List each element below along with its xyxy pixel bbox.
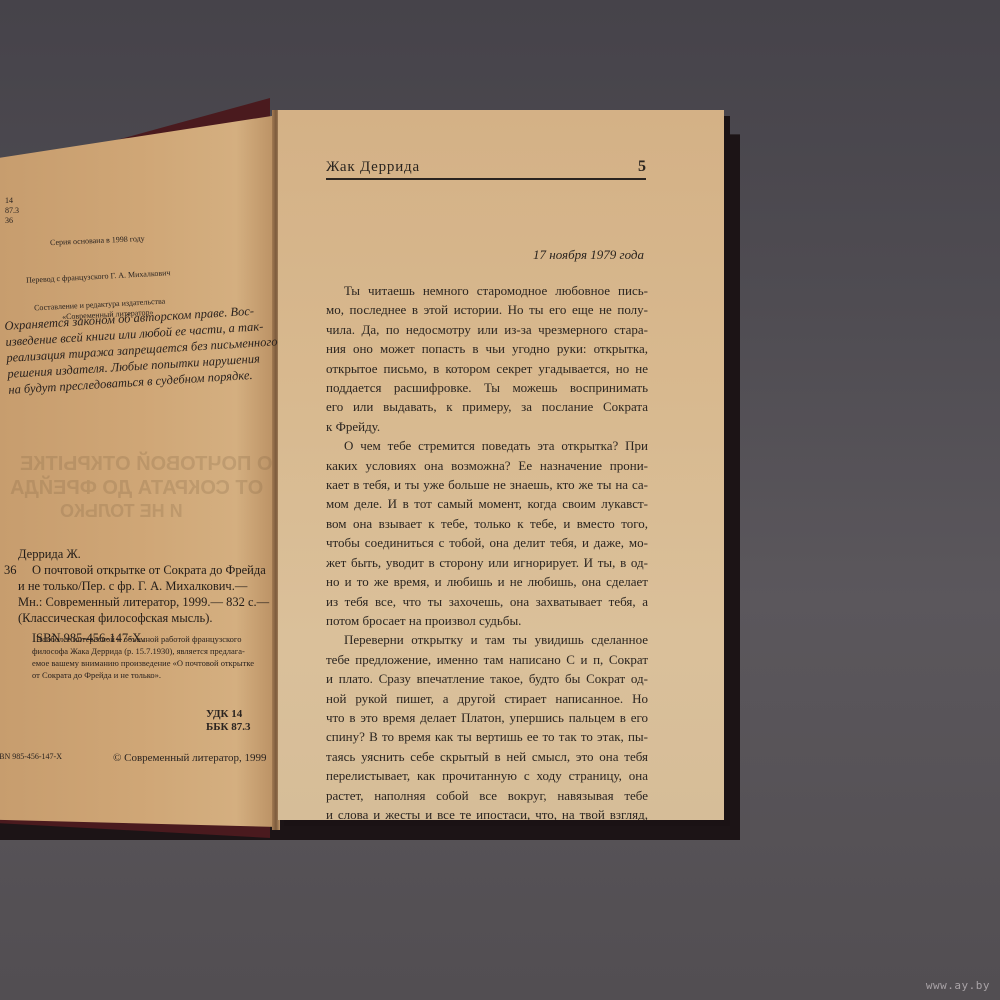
letter-dateline: 17 ноября 1979 года (533, 247, 644, 263)
biblio-author: Деррида Ж. (18, 546, 269, 562)
annotation-line: философа Жака Деррида (р. 15.7.1930), яв… (32, 645, 254, 657)
copyright-footer: © Современный литератор, 1999 (113, 752, 267, 764)
page-header: Жак Деррида 5 (326, 158, 646, 180)
show-through-title-2: ОТ СОКРАТА ДО ФРЕЙДА (10, 477, 263, 500)
text-line: перелистывает, как прочитанную с ходу ст… (326, 766, 648, 785)
isbn-footer: ISBN 985-456-147-X (0, 752, 62, 761)
text-line: Переверни открытку и там ты увидишь сдел… (326, 630, 648, 649)
bbk-code: ББК 87.3 (206, 721, 251, 733)
text-line: потом бросает на произвол судьбы. (326, 611, 648, 630)
page-number: 5 (638, 158, 646, 176)
body-text: Ты читаешь немного старомодное любовное … (326, 281, 648, 820)
text-line: ния оно может попасть в чьи угодно руки:… (326, 339, 648, 358)
side-code-3: 36 (5, 216, 13, 225)
biblio-line: и не только/Пер. с фр. Г. А. Михалкович.… (18, 578, 269, 594)
text-line: растет, наполняя собой все вокруг, навяз… (326, 786, 648, 805)
text-line: кает в тебя, и ты уже больше не знаешь, … (326, 475, 648, 494)
text-line: чила. Да, по недосмотру или из-за чрезме… (326, 320, 648, 339)
text-line: и слова и жесты и все те ипостаси, что, … (326, 805, 648, 820)
biblio-line: (Классическая философская мысль). (18, 610, 269, 626)
side-code-2: 87.3 (5, 206, 19, 215)
annotation-line: от Сократа до Фрейда и не только». (32, 669, 254, 681)
text-line: его или выдавать, к примеру, за послание… (326, 397, 648, 416)
site-watermark: www.ay.by (926, 979, 990, 992)
right-page: Жак Деррида 5 17 ноября 1979 года Ты чит… (278, 110, 724, 820)
show-through-title-1: О ПОЧТОВОЙ ОТКРЫТКЕ (20, 453, 272, 476)
annotation-line: Наиболее интересной и объемной работой ф… (32, 633, 254, 645)
text-line: к Фрейду. (326, 417, 648, 436)
text-line: тебе предложение, именно там написано С … (326, 650, 648, 669)
biblio-code: 36 (4, 562, 18, 578)
text-line: вом она взывает к тебе, только к тебе, и… (326, 514, 648, 533)
show-through-title-3: И НЕ ТОЛЬКО (60, 501, 183, 522)
text-line: из тебя все, что ты захочешь, она захват… (326, 592, 648, 611)
bibliographic-record: Деррида Ж. 36 О почтовой открытке от Сок… (18, 546, 269, 646)
text-line: таясь уяснить себе скрытый в ней смысл, … (326, 747, 648, 766)
side-code-1: 14 (5, 196, 13, 205)
udk-code: УДК 14 (206, 708, 242, 720)
text-line: но и то же время, и любишь и не любишь, … (326, 572, 648, 591)
copyright-notice: Охраняется законом об авторском праве. В… (4, 301, 280, 397)
text-line: открытое письмо, в котором секрет угадыв… (326, 359, 648, 378)
text-line: О чем тебе стремится поведать эта открыт… (326, 436, 648, 455)
biblio-line: О почтовой открытке от Сократа до Фрейда (32, 562, 266, 578)
text-line: каких условиях она возможна? Ее назначен… (326, 456, 648, 475)
text-line: чтобы соединиться с тобой, она делит теб… (326, 533, 648, 552)
text-line: мом деле. И в тот самый момент, когда св… (326, 494, 648, 513)
text-line: спину? В то время как ты вертишь ее то т… (326, 727, 648, 746)
text-line: мо, последнее в этой истории. Но ты его … (326, 300, 648, 319)
text-line: ной рукой пишет, а другой стирает написа… (326, 689, 648, 708)
text-line: и плато. Сразу впечатление такое, будто … (326, 669, 648, 688)
book-annotation: Наиболее интересной и объемной работой ф… (32, 633, 254, 681)
running-head: Жак Деррида (326, 159, 420, 176)
annotation-line: емое вашему вниманию произведение «О поч… (32, 657, 254, 669)
text-line: что в это время делает Платон, упершись … (326, 708, 648, 727)
text-line: Ты читаешь немного старомодное любовное … (326, 281, 648, 300)
text-line: поддается расшифровке. Ты можешь восприн… (326, 378, 648, 397)
text-line: жет быть, уводит в сторону или игнорируе… (326, 553, 648, 572)
biblio-line: Мн.: Современный литератор, 1999.— 832 с… (18, 594, 269, 610)
